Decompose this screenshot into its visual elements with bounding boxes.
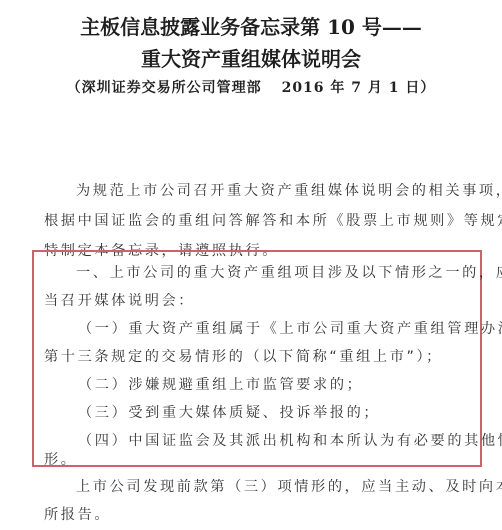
document-title-line-2: 重大资产重组媒体说明会: [0, 43, 502, 72]
item-three: （三）受到重大媒体质疑、投诉举报的；: [78, 404, 380, 422]
intro-line-2: 根据中国证监会的重组问答解答和本所《股票上市规则》等规定，: [44, 212, 502, 230]
issuer-text: （深圳证券交易所公司管理部: [67, 80, 262, 96]
section-one-line-1: 一、上市公司的重大资产重组项目涉及以下情形之一的，应: [76, 264, 502, 282]
item-one-line-2: 第十三条规定的交易情形的（以下简称“重组上市”）；: [44, 348, 443, 366]
document-title-line-1: 主板信息披露业务备忘录第 10 号——: [0, 11, 502, 40]
closing-line-2: 所报告。: [44, 506, 111, 524]
item-four-line-2: 形。: [44, 451, 78, 469]
item-four-line-1: （四）中国证监会及其派出机构和本所认为有必要的其他情: [78, 432, 502, 450]
document-issuer-date: （深圳证券交易所公司管理部2016 年 7 月 1 日）: [0, 77, 502, 97]
issue-date: 2016 年 7 月 1 日）: [282, 80, 436, 96]
item-one-line-1: （一）重大资产重组属于《上市公司重大资产重组管理办法》: [78, 320, 502, 338]
closing-line-1: 上市公司发现前款第（三）项情形的，应当主动、及时向本: [76, 478, 502, 496]
item-two: （二）涉嫌规避重组上市监管要求的；: [78, 376, 363, 394]
intro-line-1: 为规范上市公司召开重大资产重组媒体说明会的相关事项，: [76, 182, 502, 200]
section-one-line-2: 当召开媒体说明会：: [44, 292, 195, 310]
